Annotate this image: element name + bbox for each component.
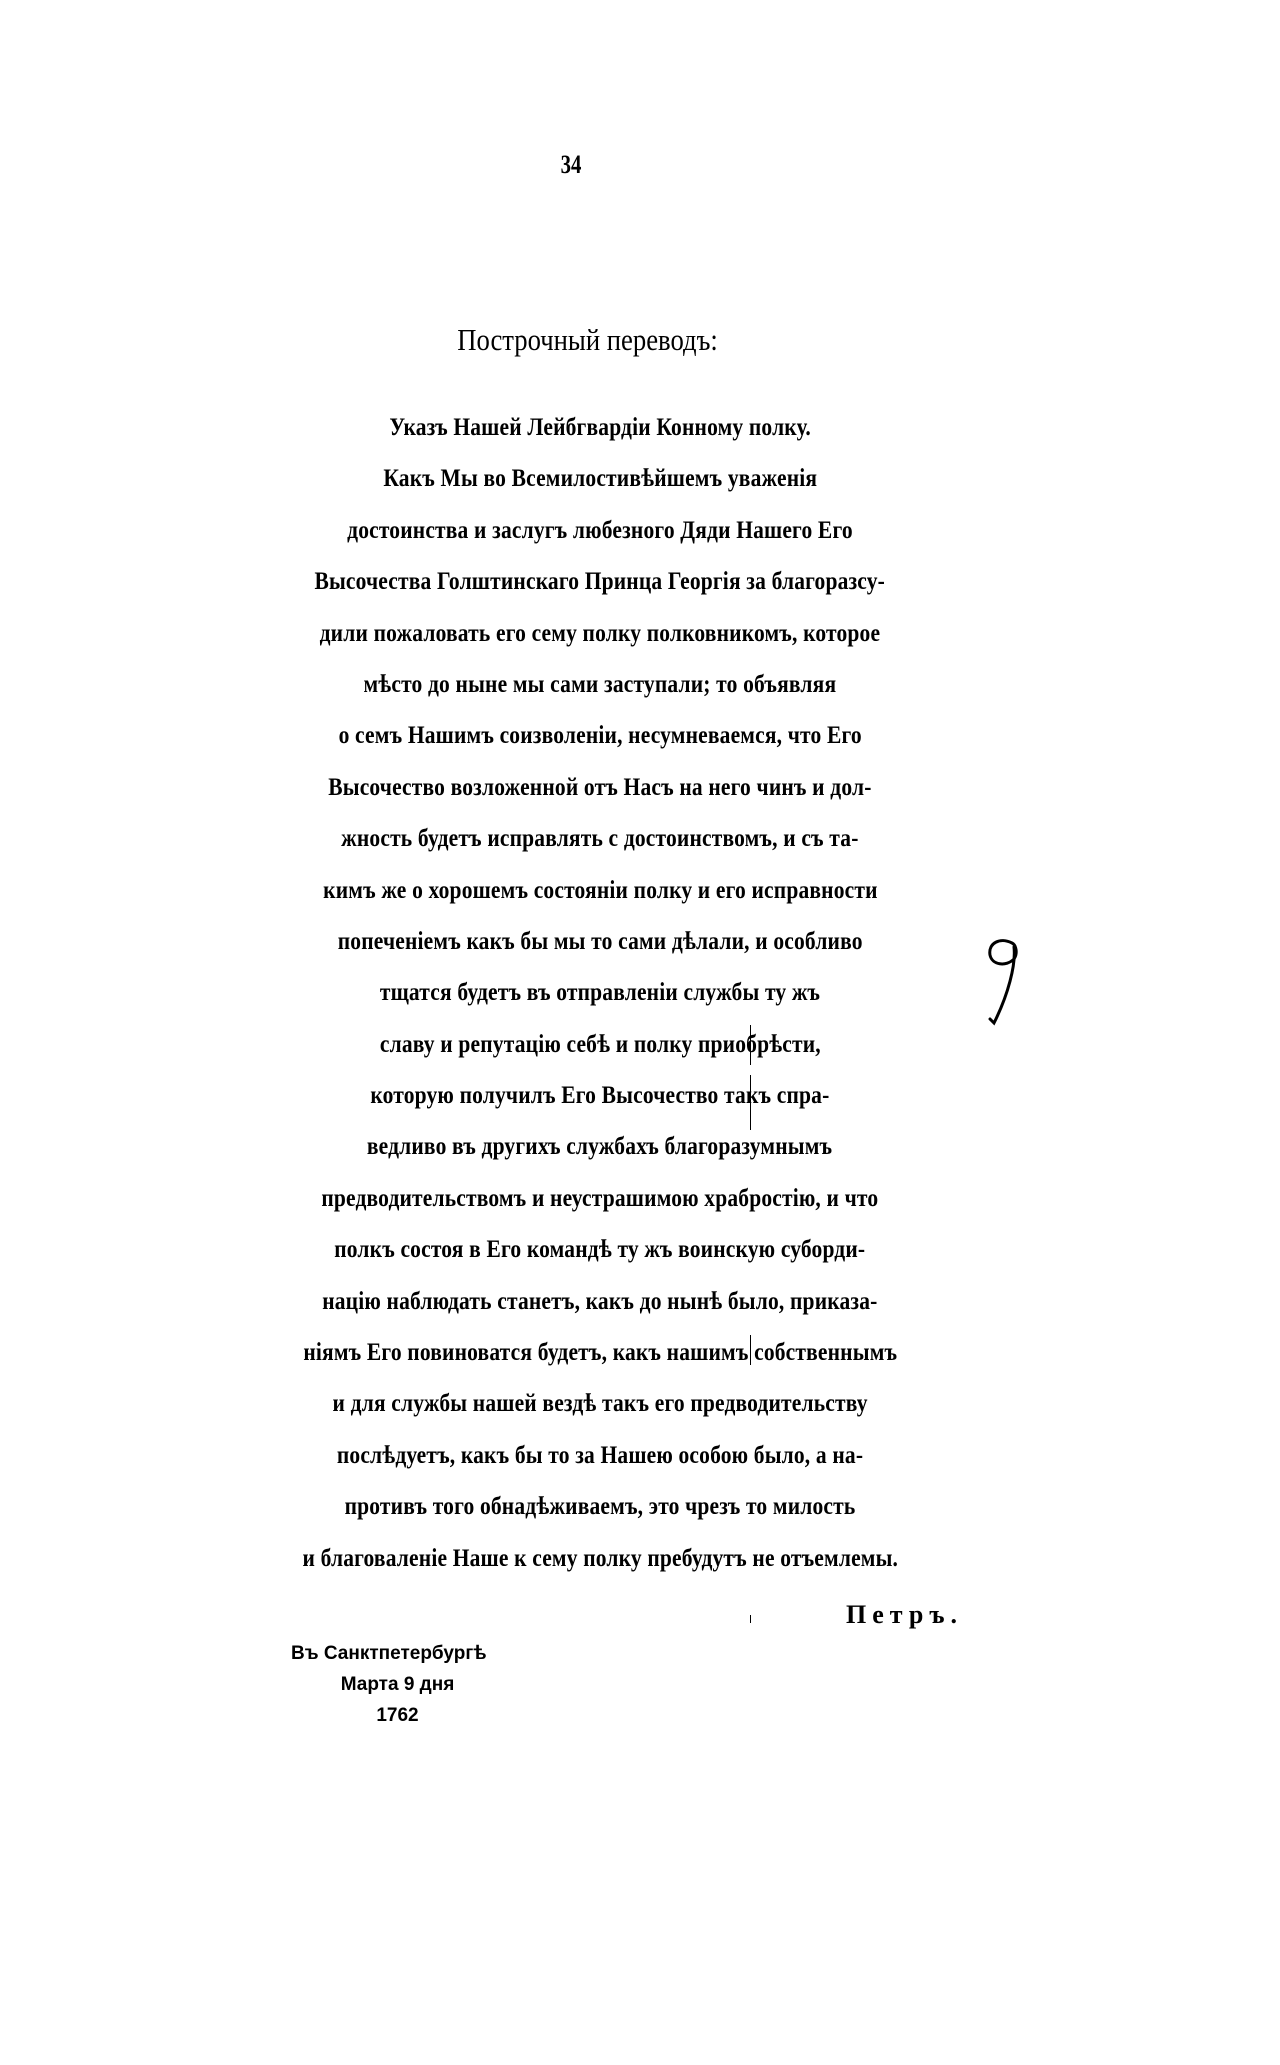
text-line-content: послѣдуетъ, какъ бы то за Нашею особою б… — [337, 1438, 863, 1474]
text-line-content: Высочества Голштинскаго Принца Георгія з… — [315, 564, 886, 600]
text-line: тщатся будетъ въ отправленіи службы ту ж… — [200, 975, 1000, 1026]
scan-artifact-line — [750, 1615, 751, 1623]
text-line-content: и благоваленіе Наше к сему полку пребуду… — [302, 1541, 898, 1577]
text-line: дили пожаловать его сему полку полковник… — [200, 616, 1000, 667]
text-line: которую получилъ Его Высочество такъ спр… — [200, 1078, 1000, 1129]
text-line-content: попеченіемъ какъ бы мы то сами дѣлали, и… — [338, 924, 863, 960]
text-line: полкъ состоя в Его командѣ ту жъ воинску… — [200, 1232, 1000, 1283]
place-date-block: Въ Санктпетербургѣ Марта 9 дня 1762 — [285, 1640, 510, 1733]
text-line: Высочество возложенной отъ Насъ на него … — [200, 770, 1000, 821]
place: Въ Санктпетербургѣ — [285, 1640, 510, 1671]
text-line-content: славу и репутацію себѣ и полку приобрѣст… — [380, 1027, 821, 1063]
handwritten-nine-icon — [982, 935, 1032, 1030]
text-line-content: противъ того обнадѣживаемъ, это чрезъ то… — [345, 1489, 856, 1525]
text-line: предводительствомъ и неустрашимою храбро… — [200, 1181, 1000, 1232]
date: Марта 9 дня — [285, 1671, 510, 1702]
text-line-content: Высочество возложенной отъ Насъ на него … — [328, 770, 871, 806]
text-line: достоинства и заслугъ любезного Дяди Наш… — [200, 513, 1000, 564]
text-line-content: ніямъ Его повиноватся будетъ, какъ нашим… — [303, 1335, 897, 1371]
text-line: націю наблюдать станетъ, какъ до нынѣ бы… — [200, 1284, 1000, 1335]
document-title: Построчный переводъ: — [447, 322, 728, 358]
signature: Петръ. — [846, 1600, 963, 1630]
text-line: Указъ Нашей Лейбгвардіи Конному полку. — [200, 410, 1000, 461]
text-line: жность будетъ исправлять с достоинствомъ… — [200, 821, 1000, 872]
translation-body: Указъ Нашей Лейбгвардіи Конному полку. К… — [200, 410, 1000, 1592]
text-line: ведливо въ другихъ службахъ благоразумны… — [200, 1129, 1000, 1180]
text-line-content: о семъ Нашимъ соизволеніи, несумневаемся… — [338, 718, 861, 754]
text-line-content: націю наблюдать станетъ, какъ до нынѣ бы… — [322, 1284, 877, 1320]
text-line-content: Какъ Мы во Всемилостивѣйшемъ уваженія — [383, 461, 817, 497]
text-line: ніямъ Его повиноватся будетъ, какъ нашим… — [200, 1335, 1000, 1386]
year: 1762 — [285, 1702, 510, 1733]
scan-artifact-line — [750, 1335, 751, 1365]
text-line: попеченіемъ какъ бы мы то сами дѣлали, и… — [200, 924, 1000, 975]
text-line-content: ведливо въ другихъ службахъ благоразумны… — [367, 1129, 832, 1165]
text-line-content: и для службы нашей вездѣ такъ его предво… — [332, 1386, 867, 1422]
text-line: славу и репутацію себѣ и полку приобрѣст… — [200, 1027, 1000, 1078]
text-line: кимъ же о хорошемъ состояніи полку и его… — [200, 873, 1000, 924]
text-line: и для службы нашей вездѣ такъ его предво… — [200, 1386, 1000, 1437]
text-line: Высочества Голштинскаго Принца Георгія з… — [200, 564, 1000, 615]
text-line-content: кимъ же о хорошемъ состояніи полку и его… — [323, 873, 878, 909]
text-line: Какъ Мы во Всемилостивѣйшемъ уваженія — [200, 461, 1000, 512]
text-line-content: тщатся будетъ въ отправленіи службы ту ж… — [380, 975, 820, 1011]
text-line: послѣдуетъ, какъ бы то за Нашею особою б… — [200, 1438, 1000, 1489]
text-line-content: дили пожаловать его сему полку полковник… — [320, 616, 881, 652]
scan-artifact-line — [750, 1075, 751, 1130]
page-number: 34 — [555, 150, 587, 180]
text-line: противъ того обнадѣживаемъ, это чрезъ то… — [200, 1489, 1000, 1540]
scan-artifact-line — [750, 1025, 751, 1065]
text-line-content: Указъ Нашей Лейбгвардіи Конному полку. — [389, 410, 811, 446]
text-line-content: мѣсто до ныне мы сами заступали; то объя… — [364, 667, 837, 703]
text-line-content: полкъ состоя в Его командѣ ту жъ воинску… — [334, 1232, 865, 1268]
text-line: и благоваленіе Наше к сему полку пребуду… — [200, 1541, 1000, 1592]
text-line: мѣсто до ныне мы сами заступали; то объя… — [200, 667, 1000, 718]
text-line-content: предводительствомъ и неустрашимою храбро… — [322, 1181, 879, 1217]
text-line-content: жность будетъ исправлять с достоинствомъ… — [341, 821, 858, 857]
text-line-content: которую получилъ Его Высочество такъ спр… — [370, 1078, 829, 1114]
text-line-content: достоинства и заслугъ любезного Дяди Наш… — [347, 513, 853, 549]
text-line: о семъ Нашимъ соизволеніи, несумневаемся… — [200, 718, 1000, 769]
